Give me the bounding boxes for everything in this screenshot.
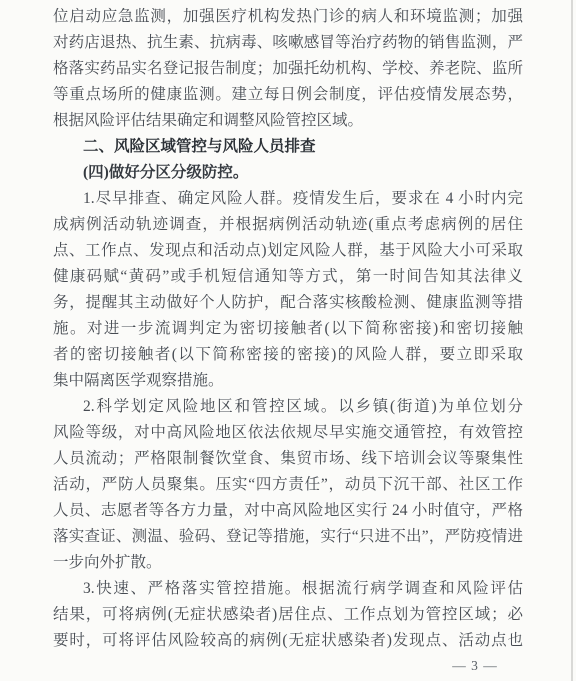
text-line: 施。对进一步流调判定为密切接触者(以下简称密接)和密切接触 [53, 316, 523, 342]
text-line: (四)做好分区分级防控。 [53, 160, 523, 186]
text-line: 格落实药品实名登记报告制度；加强托幼机构、学校、养老院、监所 [53, 56, 523, 82]
text-line: 成病例活动轨迹调查，并根据病例活动轨迹(重点考虑病例的居住 [53, 212, 523, 238]
text-line: 集中隔离医学观察措施。 [53, 368, 523, 394]
page-number: — 3 — [430, 656, 520, 676]
text-line: 一步向外扩散。 [53, 550, 523, 576]
text-line: 2.科学划定风险地区和管控区域。以乡镇(街道)为单位划分 [53, 394, 523, 420]
text-line: 位启动应急监测，加强医疗机构发热门诊的病人和环境监测；加强 [53, 4, 523, 30]
text-line: 落实查证、测温、验码、登记等措施，实行“只进不出”，严防疫情进 [53, 524, 523, 550]
scan-edge-line [571, 0, 573, 681]
text-line: 等重点场所的健康监测。建立每日例会制度，评估疫情发展态势， [53, 82, 523, 108]
text-line: 1.尽早排查、确定风险人群。疫情发生后，要求在 4 小时内完 [53, 186, 523, 212]
text-line: 根据风险评估结果确定和调整风险管控区域。 [53, 108, 523, 134]
scanned-document-page: 位启动应急监测，加强医疗机构发热门诊的病人和环境监测；加强对药店退热、抗生素、抗… [0, 0, 576, 681]
text-line: 结果，可将病例(无症状感染者)居住点、工作点划为管控区域；必 [53, 602, 523, 628]
text-line: 健康码赋“黄码”或手机短信通知等方式，第一时间告知其法律义 [53, 264, 523, 290]
text-line: 要时，可将评估风险较高的病例(无症状感染者)发现点、活动点也 [53, 628, 523, 654]
text-line: 点、工作点、发现点和活动点)划定风险人群，基于风险大小可采取 [53, 238, 523, 264]
text-line: 务，提醒其主动做好个人防护，配合落实核酸检测、健康监测等措 [53, 290, 523, 316]
text-line: 人员、志愿者等各方力量，对中高风险地区实行 24 小时值守，严格 [53, 498, 523, 524]
text-line: 对药店退热、抗生素、抗病毒、咳嗽感冒等治疗药物的销售监测，严 [53, 30, 523, 56]
text-line: 二、风险区域管控与风险人员排查 [53, 134, 523, 160]
text-line: 者的密切接触者(以下简称密接的密接)的风险人群，要立即采取 [53, 342, 523, 368]
document-text-block: 位启动应急监测，加强医疗机构发热门诊的病人和环境监测；加强对药店退热、抗生素、抗… [53, 4, 523, 654]
text-line: 风险等级，对中高风险地区依法依规尽早实施交通管控，有效管控 [53, 420, 523, 446]
text-line: 3.快速、严格落实管控措施。根据流行病学调查和风险评估 [53, 576, 523, 602]
text-line: 活动，严防人员聚集。压实“四方责任”，动员下沉干部、社区工作 [53, 472, 523, 498]
text-line: 人员流动；严格限制餐饮堂食、集贸市场、线下培训会议等聚集性 [53, 446, 523, 472]
